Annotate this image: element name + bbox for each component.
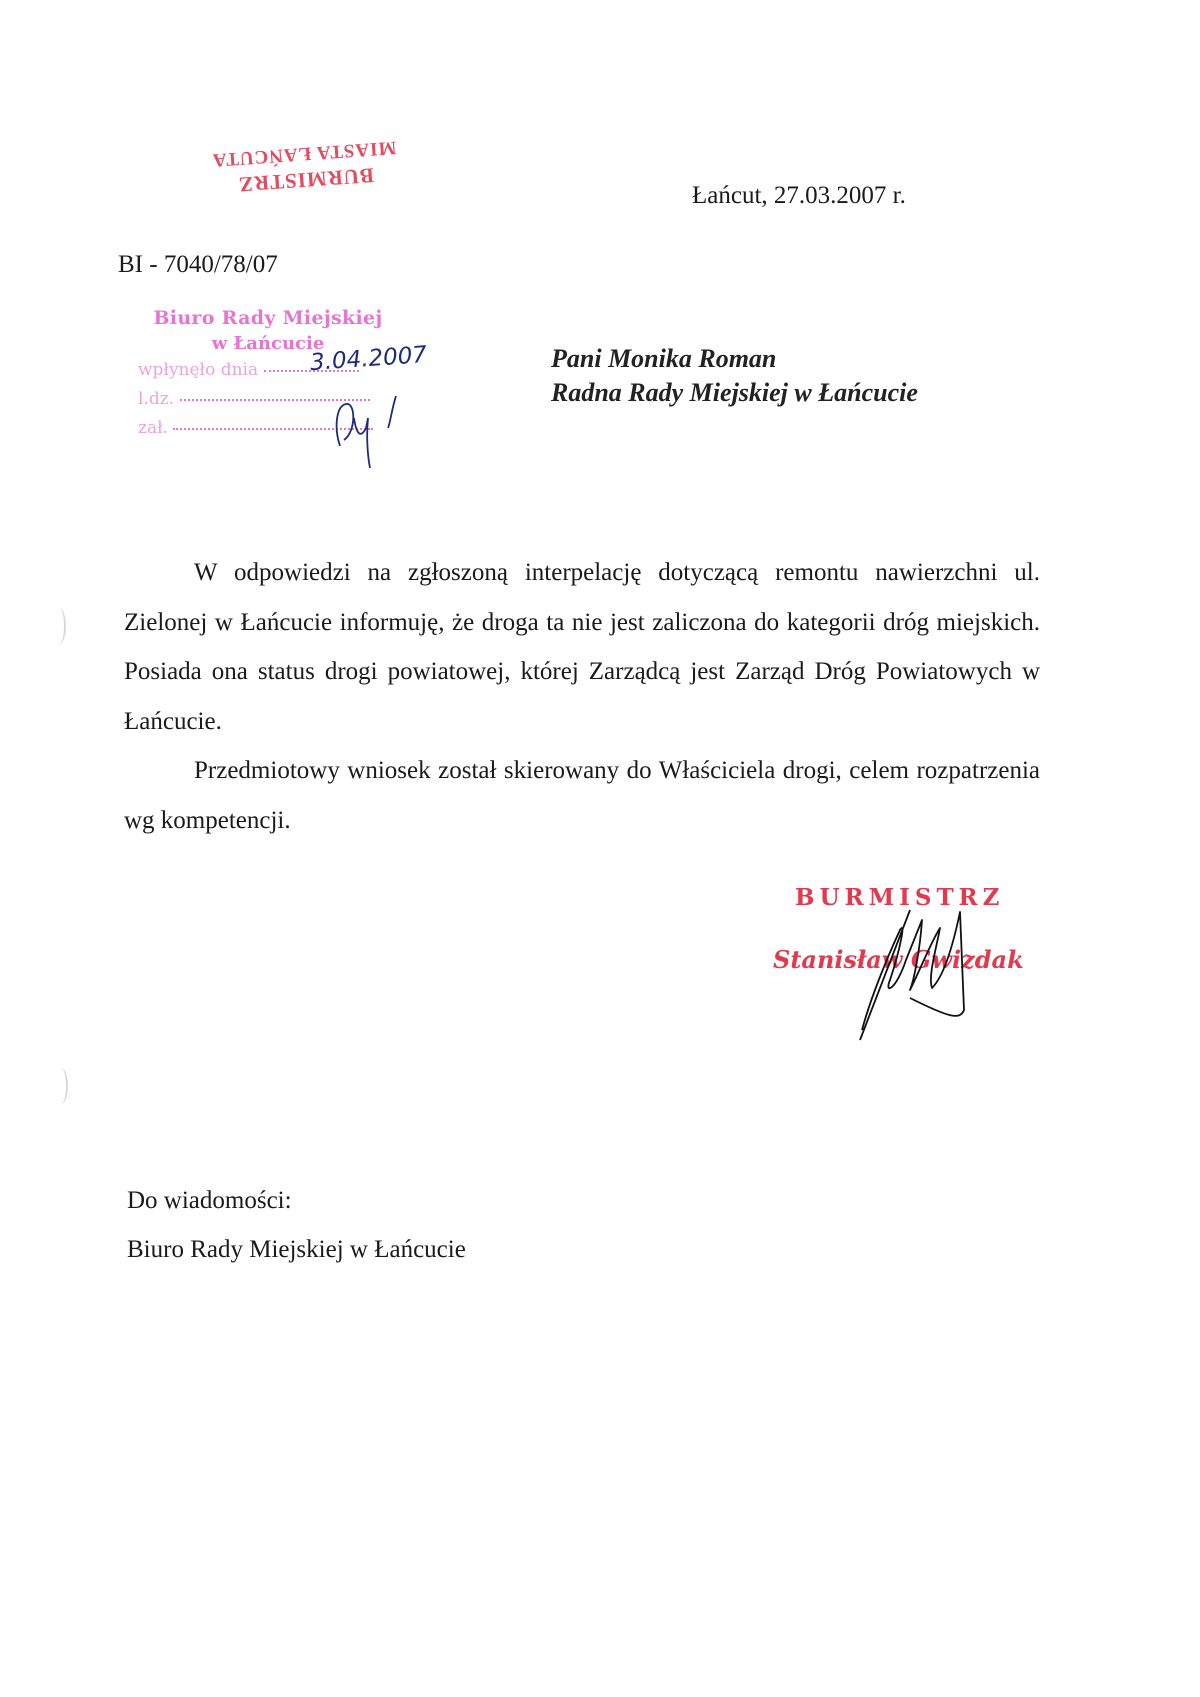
cc-label: Do wiadomości: — [127, 1187, 292, 1215]
handwritten-signature-icon — [840, 890, 1020, 1060]
punch-hole-mark — [54, 1068, 68, 1104]
receipt-stamp-title: Biuro Rady Miejskiej — [138, 305, 398, 332]
body-paragraph: Przedmiotowy wniosek został skierowany d… — [124, 746, 1040, 845]
cc-item: Biuro Rady Miejskiej w Łańcucie — [127, 1236, 466, 1264]
receipt-attachments-label: zał. — [138, 418, 168, 438]
addressee-block: Pani Monika Roman Radna Rady Miejskiej w… — [551, 342, 918, 410]
letter-body: W odpowiedzi na zgłoszoną interpelację d… — [124, 548, 1040, 845]
addressee-name: Pani Monika Roman — [551, 342, 918, 376]
addressee-title: Radna Rady Miejskiej w Łańcucie — [551, 376, 918, 410]
reference-number: BI - 7040/78/07 — [118, 251, 278, 279]
punch-hole-mark — [52, 608, 66, 644]
issuer-stamp: BURMISTRZ MIASTA ŁAŃCUTA — [183, 132, 426, 203]
letter-date: Łańcut, 27.03.2007 r. — [692, 182, 906, 210]
receipt-received-label: wpłynęło dnia — [138, 360, 258, 380]
receipt-register-label: l.dz. — [138, 389, 174, 409]
body-paragraph: W odpowiedzi na zgłoszoną interpelację d… — [124, 548, 1040, 746]
handwritten-initials-icon — [326, 388, 406, 468]
